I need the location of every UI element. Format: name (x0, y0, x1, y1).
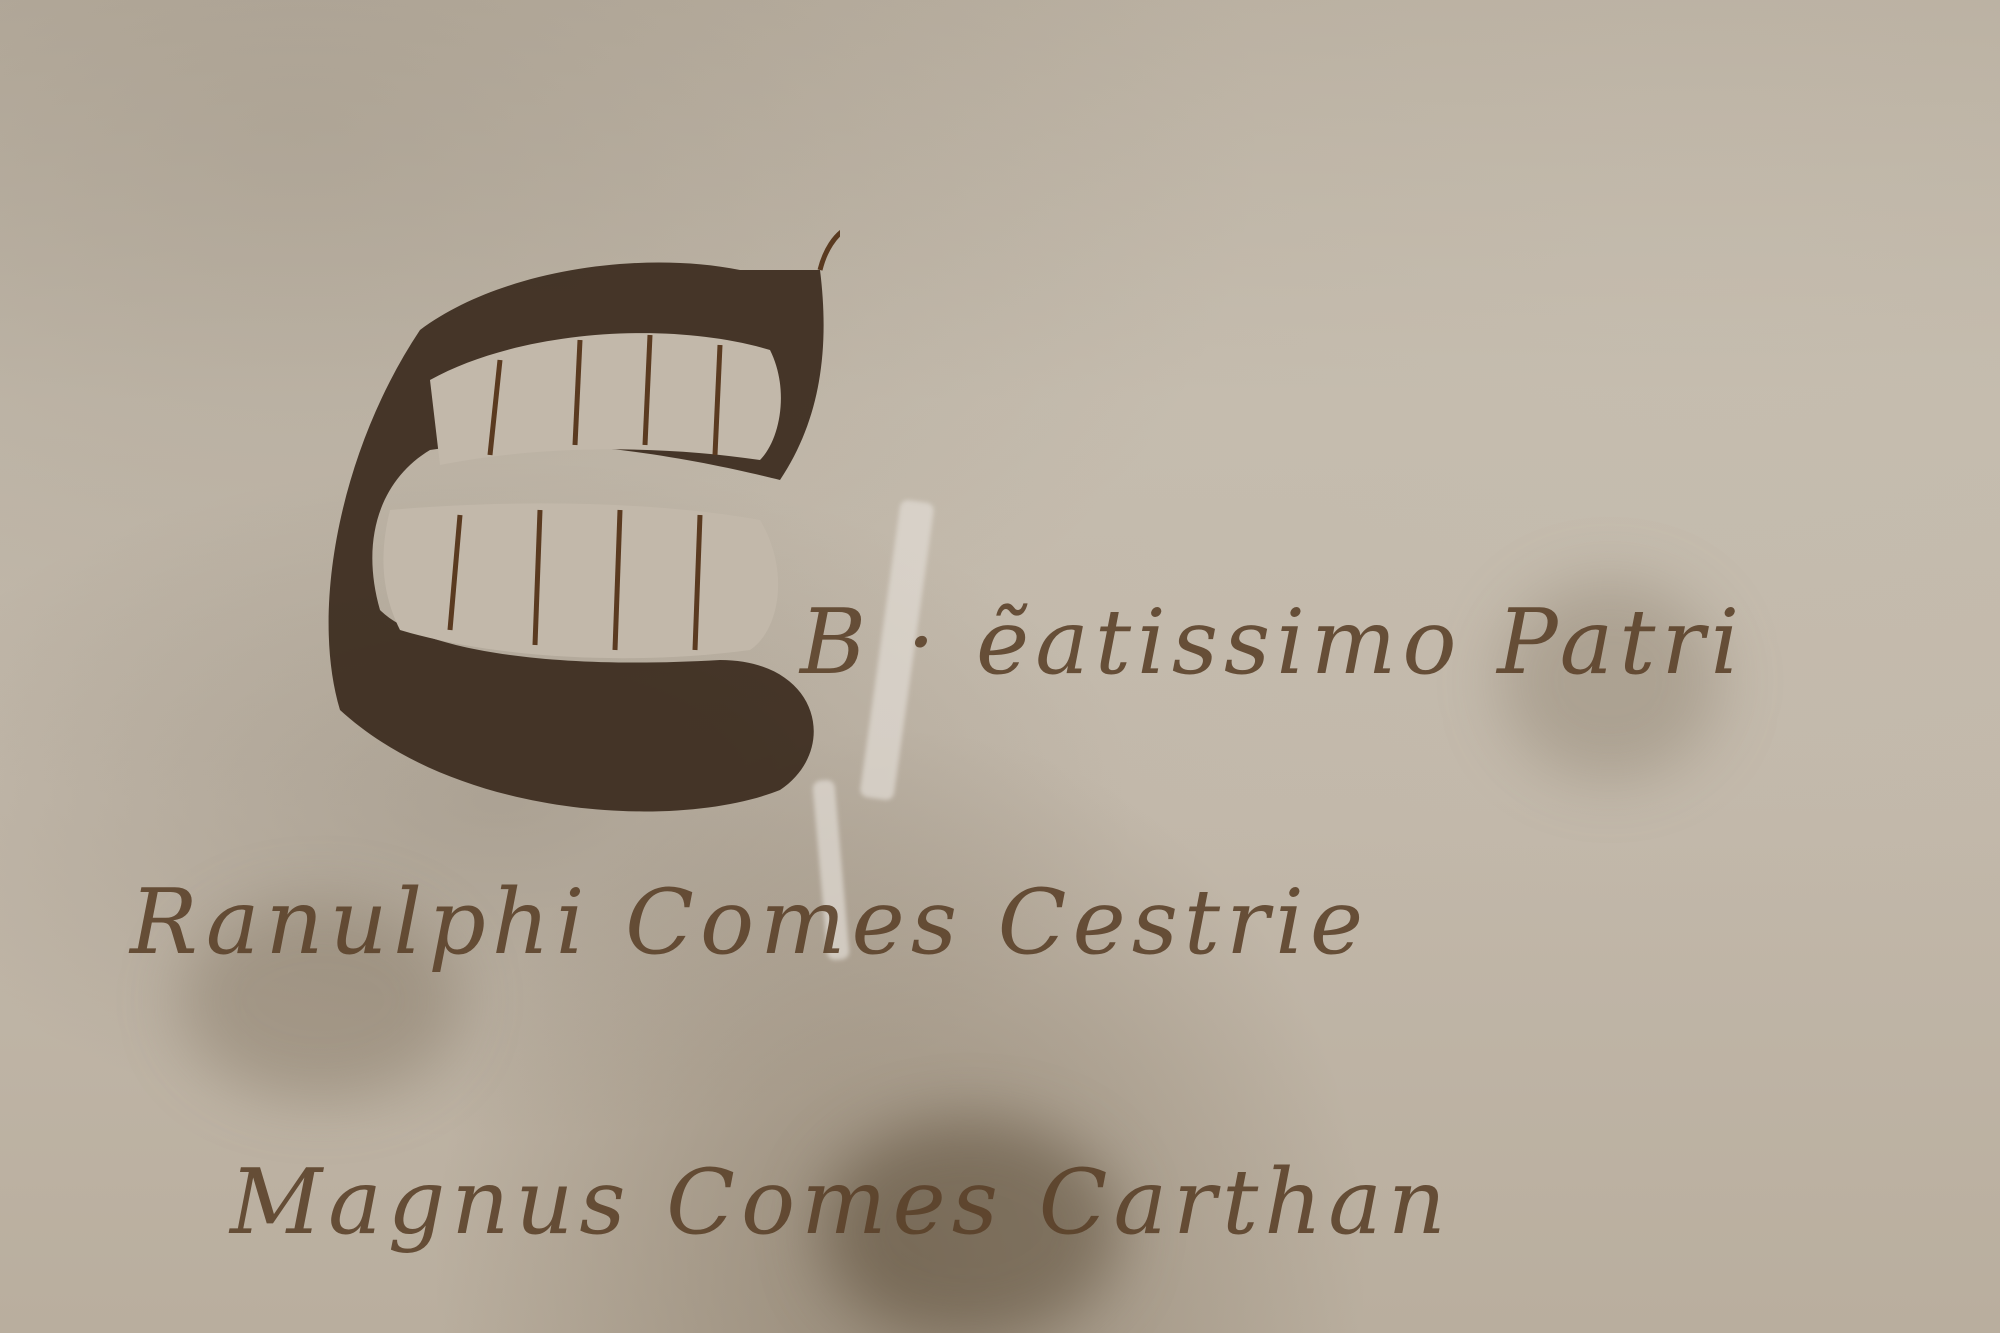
manuscript-line-3: Magnus Comes Carthan (230, 1150, 1452, 1255)
manuscript-line-1: B · ẽatissimo Patri (800, 590, 1745, 695)
decorated-initial-b (320, 230, 840, 830)
manuscript-line-2: Ranulphi Comes Cestrie (130, 870, 1369, 975)
